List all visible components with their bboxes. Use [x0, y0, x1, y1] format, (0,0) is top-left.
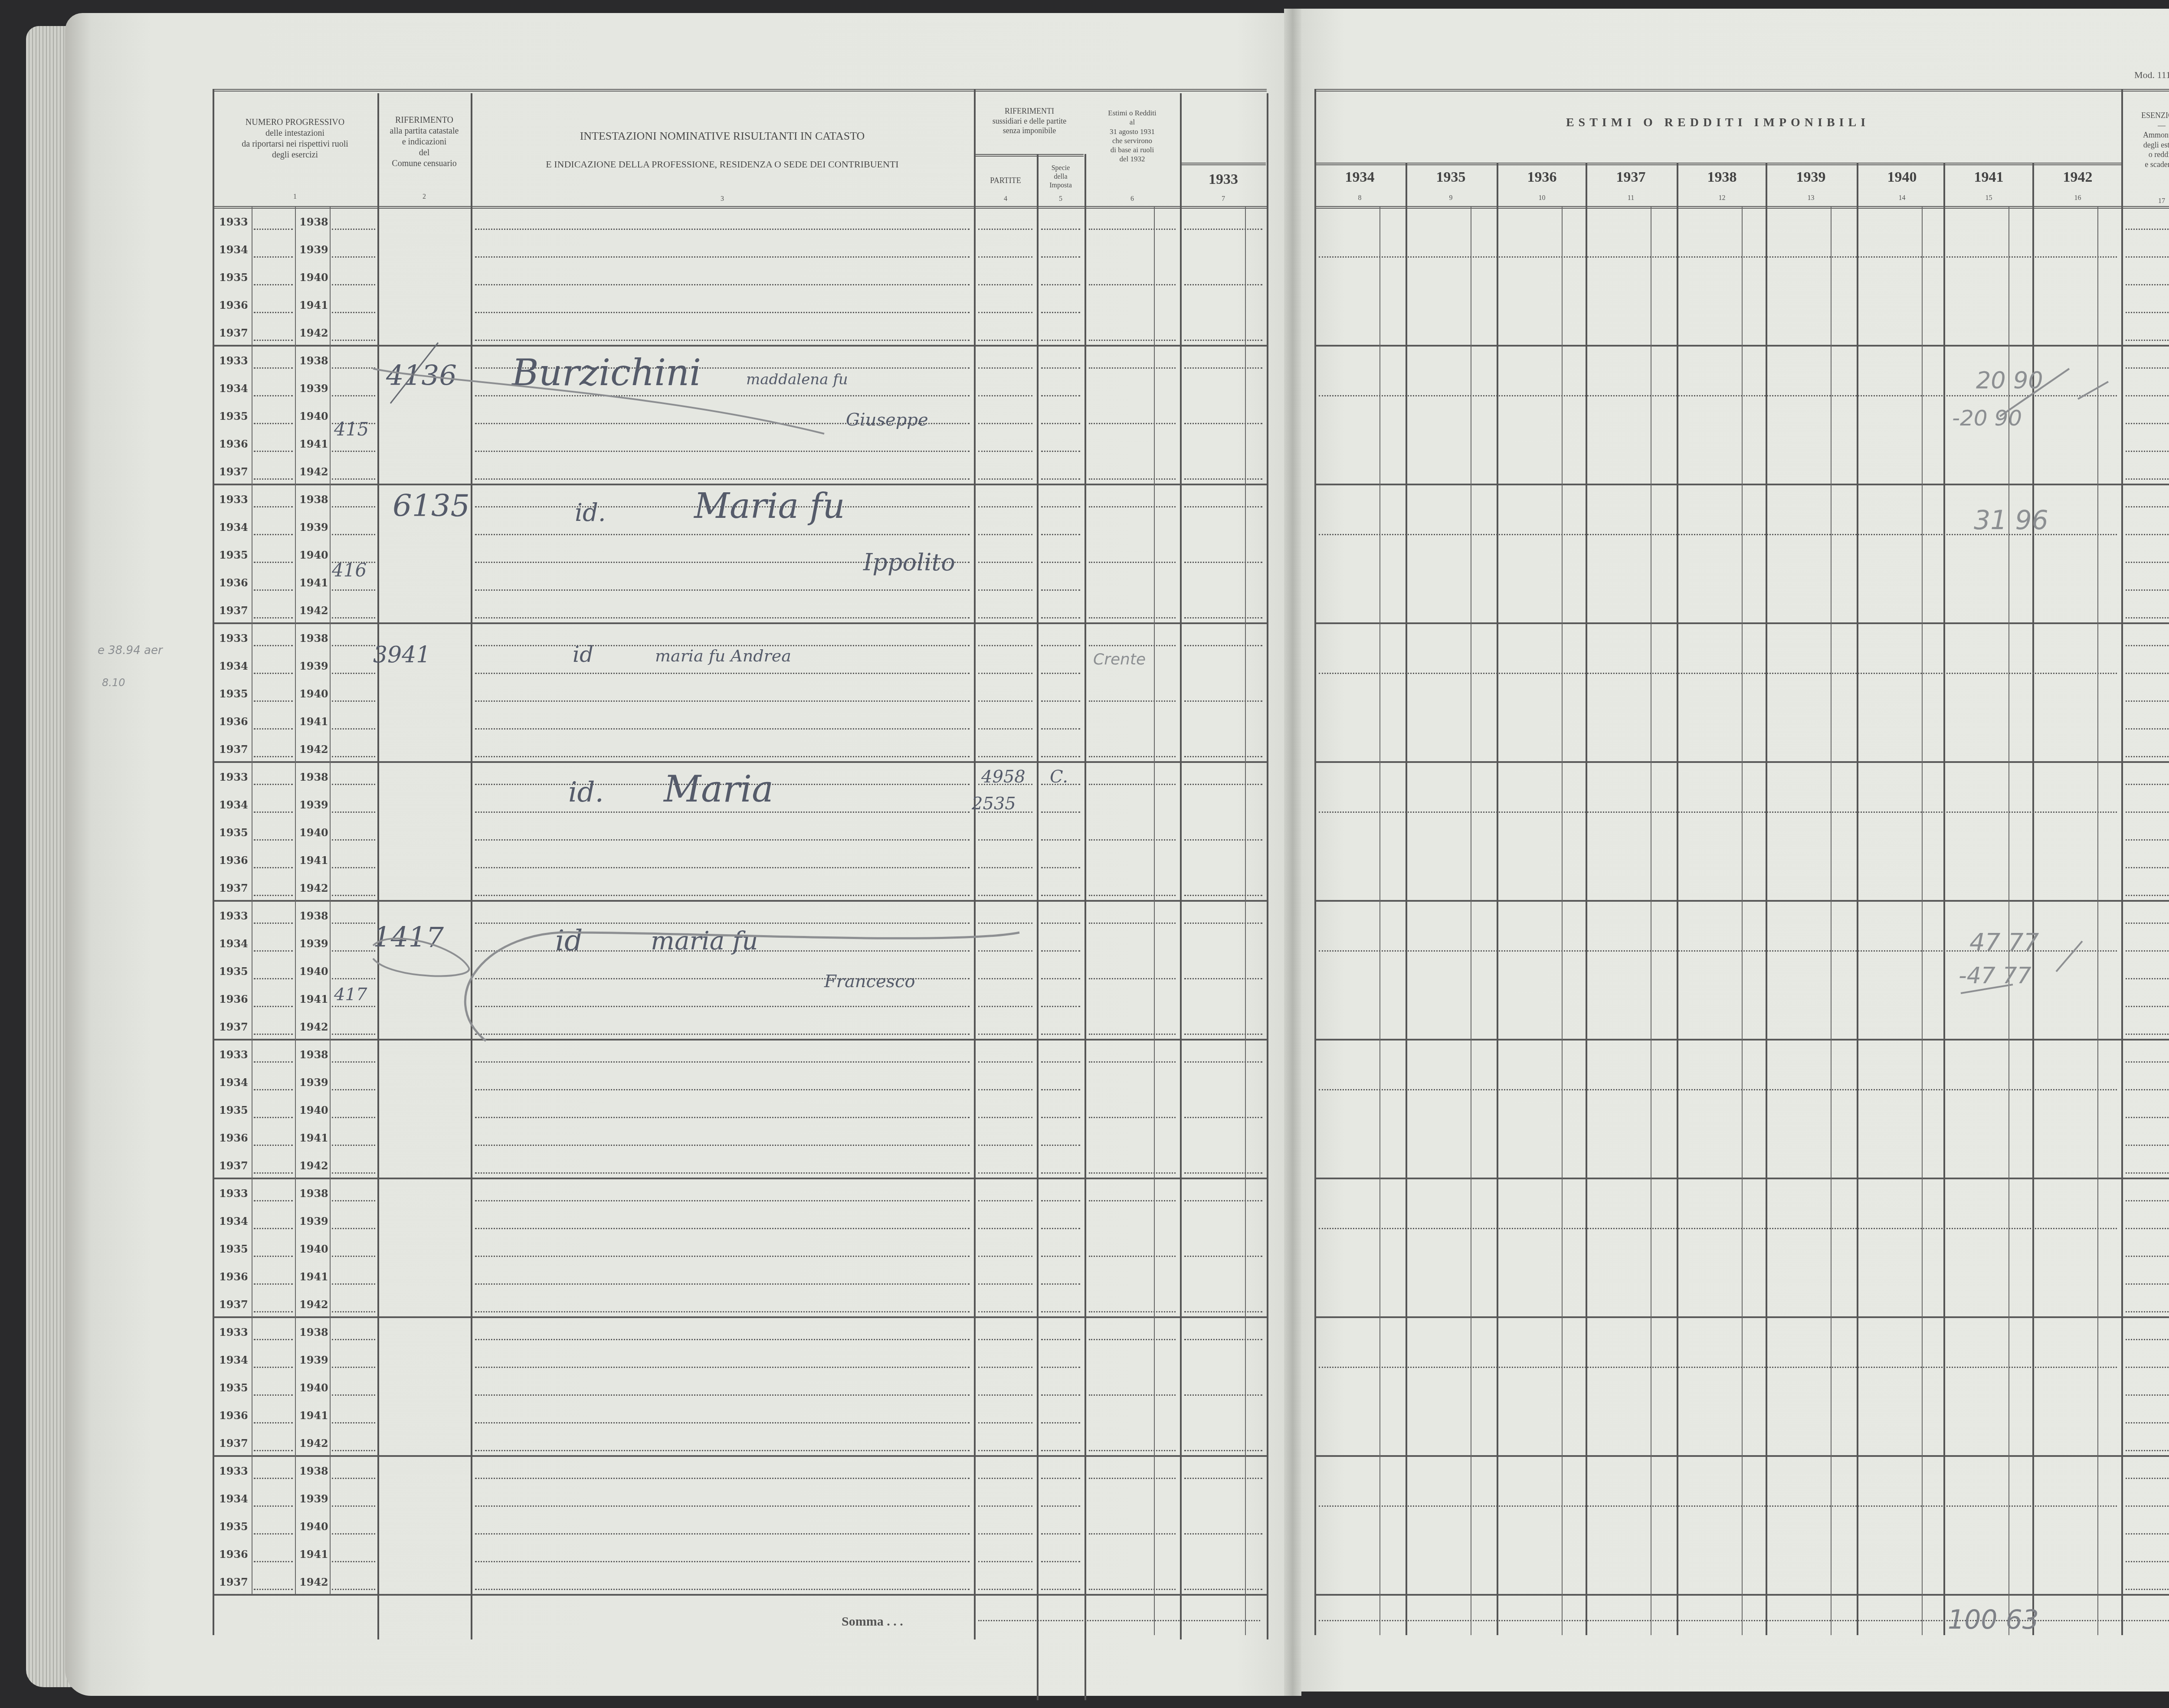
somma-1941-total: 100 63: [1948, 1605, 2039, 1635]
entry-5-strike-loop: [0, 0, 2169, 1708]
